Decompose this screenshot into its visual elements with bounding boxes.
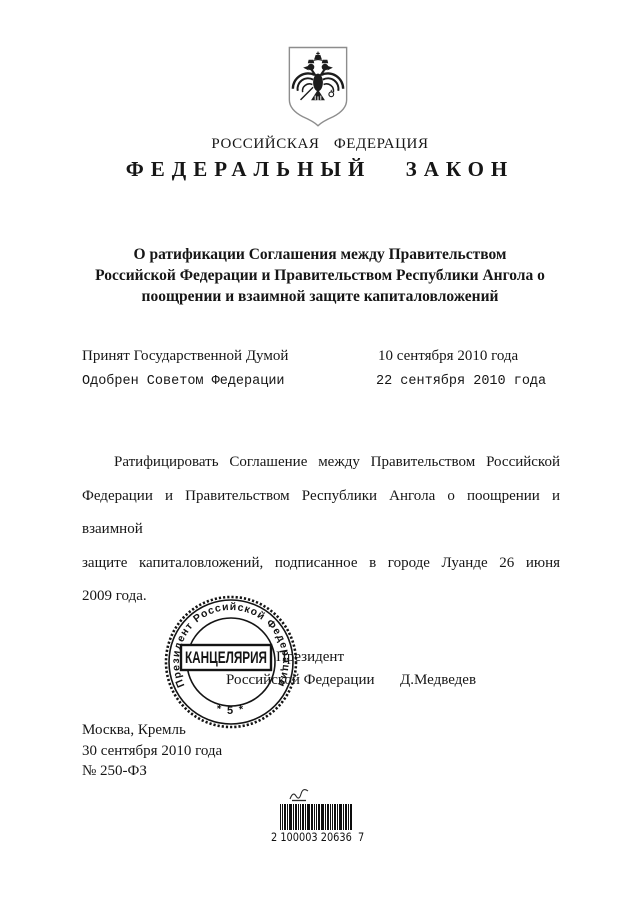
law-document-page: РОССИЙСКАЯ ФЕДЕРАЦИЯ ФЕДЕРАЛЬНЫЙ ЗАКОН О… bbox=[0, 0, 640, 905]
coat-of-arms-icon bbox=[283, 44, 353, 132]
law-title-line: Российской Федерации и Правительством Ре… bbox=[0, 265, 640, 286]
body-line: защите капиталовложений, подписанное в г… bbox=[82, 547, 560, 581]
law-title-line: поощрении и взаимной защите капиталовлож… bbox=[0, 286, 640, 307]
duma-date: 10 сентября 2010 года bbox=[378, 348, 518, 365]
document-type-heading: ФЕДЕРАЛЬНЫЙ ЗАКОН bbox=[0, 157, 640, 182]
law-title-line: О ратификации Соглашения между Правитель… bbox=[0, 244, 640, 265]
council-label: Одобрен Советом Федерации bbox=[82, 374, 285, 389]
stamp-bottom-text: * 5 * bbox=[215, 703, 247, 717]
stamp-center-text: КАНЦЕЛЯРИЯ bbox=[185, 649, 267, 667]
handwritten-mark bbox=[287, 788, 313, 804]
law-title: О ратификации Соглашения между Правитель… bbox=[0, 244, 640, 307]
law-body-paragraph: Ратифицировать Соглашение между Правител… bbox=[82, 446, 560, 614]
duma-label: Принят Государственной Думой bbox=[82, 348, 288, 364]
body-line: 2009 года. bbox=[82, 580, 560, 614]
country-heading: РОССИЙСКАЯ ФЕДЕРАЦИЯ bbox=[0, 136, 640, 153]
signing-date: 30 сентября 2010 года bbox=[82, 741, 222, 762]
barcode-digits: 2 100003 20636 7 bbox=[271, 830, 364, 844]
law-number: № 250-ФЗ bbox=[82, 761, 222, 782]
svg-text:* 5 *: * 5 * bbox=[215, 703, 247, 717]
approved-by-council-row: Одобрен Советом Федерации 22 сентября 20… bbox=[82, 374, 582, 394]
body-line: Федерации и Правительством Республики Ан… bbox=[82, 480, 560, 547]
body-line: Ратифицировать Соглашение между Правител… bbox=[82, 446, 560, 480]
chancellery-stamp: Президент Российской Федерации * 5 * КАН… bbox=[161, 592, 301, 732]
council-date: 22 сентября 2010 года bbox=[376, 374, 546, 389]
adopted-by-duma-row: Принят Государственной Думой 10 сентября… bbox=[82, 348, 582, 368]
signatory-name: Д.Медведев bbox=[400, 672, 476, 689]
barcode bbox=[280, 804, 352, 830]
